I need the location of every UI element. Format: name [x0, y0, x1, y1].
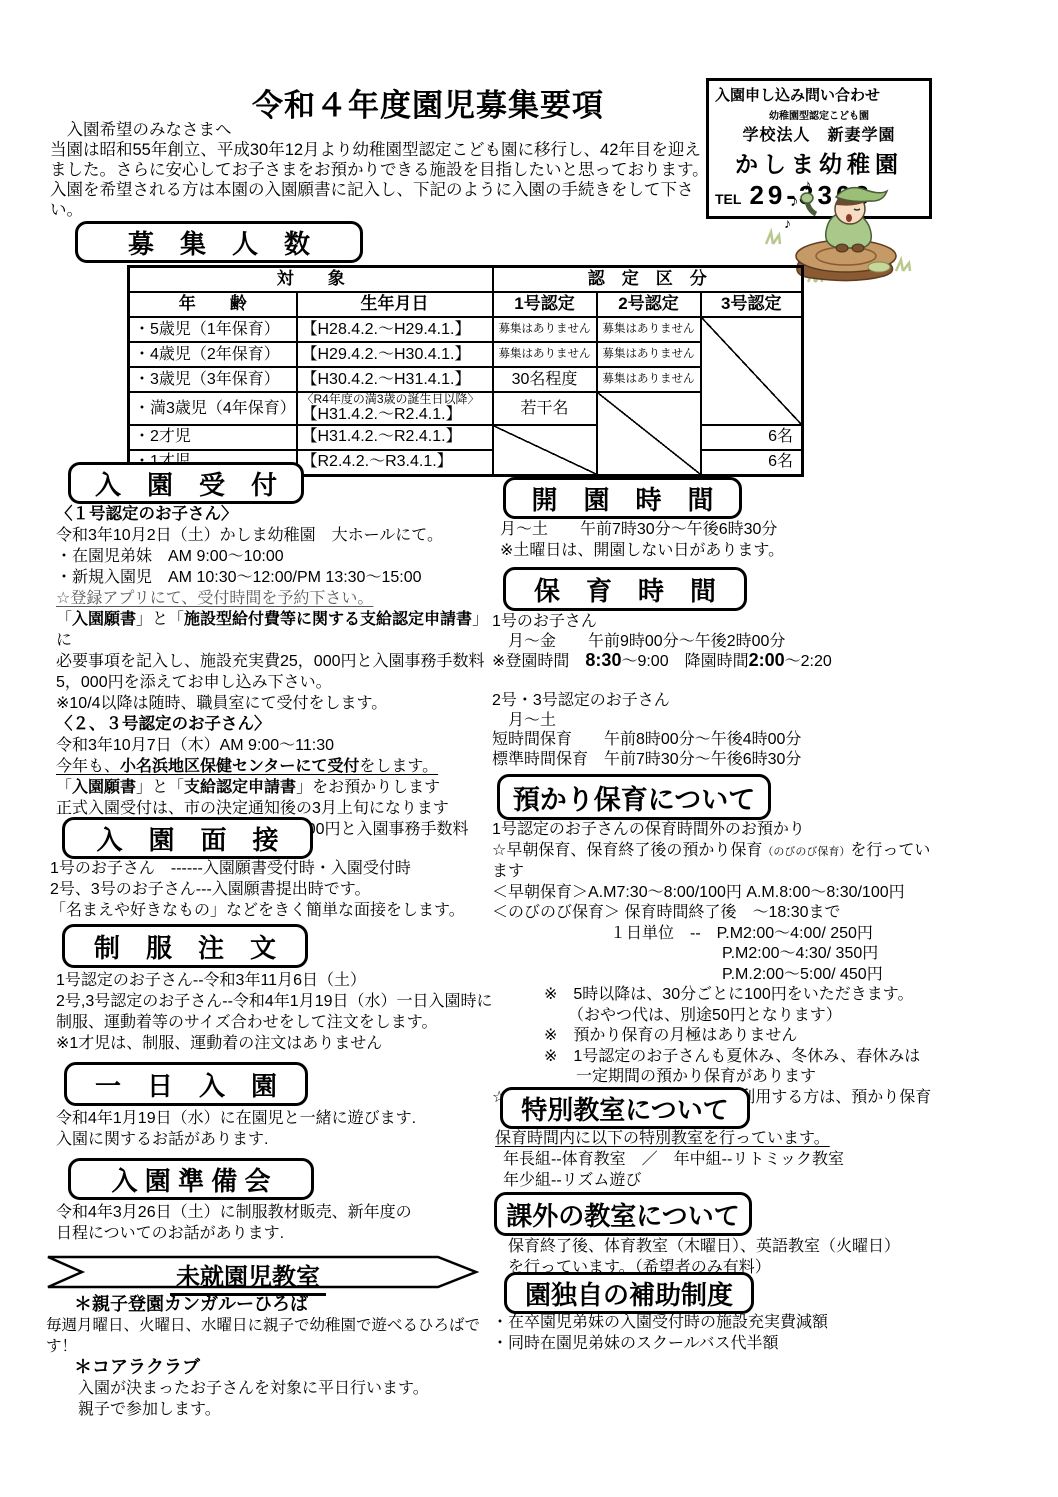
- kindergarten-name: かしま幼稚園: [715, 146, 923, 179]
- age-cell: ・満3歳児（4年保育）: [129, 392, 297, 425]
- type3-cell: 6名: [701, 450, 803, 476]
- section-heading-one-day-admission: 一 日 入 園: [64, 1062, 308, 1106]
- age-cell: ・2才児: [129, 425, 297, 450]
- section-heading-extended-care: 預かり保育について: [497, 774, 771, 820]
- document-name: 支給認定申請書: [184, 779, 296, 796]
- app-reservation-note: ☆登録アプリにて、受付時間を予約下さい。: [56, 588, 496, 609]
- section-heading-reception: 入 園 受 付: [68, 462, 304, 504]
- location-name: 小名浜地区保健センターにて受付: [120, 758, 359, 775]
- section-heading-extracurricular: 課外の教室について: [494, 1192, 752, 1236]
- text-segment: ～9:00 降園時間: [621, 653, 748, 670]
- age-cell: ・4歳児（2年保育）: [129, 342, 297, 367]
- type1-cell: 募集はありません: [493, 317, 597, 342]
- text-segment: 」と「: [136, 779, 184, 796]
- preparation-meeting-body: 令和4年3月26日（土）に制服教材販売、新年度の 日程についてのお話があります.: [56, 1202, 491, 1244]
- kangaroo-class-description: 毎週月曜日、火曜日、水曜日に親子で幼稚園で遊べるひろばです！: [46, 1315, 491, 1357]
- enrollment-guide-page: 令和４年度園児募集要項 入園申し込み問い合わせ 幼稚園型認定こども園 学校法人 …: [0, 0, 1058, 1497]
- section-heading-recruitment-numbers: 募 集 人 数: [75, 221, 363, 263]
- section-heading-preparation-meeting: 入 園 準 備 会: [68, 1158, 314, 1200]
- text-segment: ※登園時間: [492, 653, 585, 670]
- contact-box-subtitle: 幼稚園型認定こども園: [715, 107, 923, 122]
- type1-cell: 30名程度: [493, 367, 597, 392]
- age-cell: ・5歳児（1年保育）: [129, 317, 297, 342]
- interview-body: 1号のお子さん ------入園願書受付時・入園受付時 2号、3号のお子さん--…: [50, 858, 500, 921]
- page-title: 令和４年度園児募集要項: [252, 80, 604, 125]
- col-header-type1: 1号認定: [493, 292, 597, 317]
- col-header-age: 年 齢: [129, 292, 297, 317]
- text-segment: 」をお預かりします: [296, 779, 440, 796]
- document-name: 入園願書: [72, 611, 136, 628]
- type3-na-cell: [701, 317, 803, 425]
- opening-hours-body: 月～土 午前7時30分～午後6時30分 ※土曜日は、開園しない日があります。: [500, 519, 930, 561]
- type2-cell: 募集はありません: [597, 317, 701, 342]
- fees-note: 必要事項を記入し、施設充実費25，000円と入園事務手数料 5，000円を添えて…: [56, 651, 496, 714]
- subsidies-body: ・在卒園児弟妹の入園受付時の施設充実費減額 ・同時在園児弟妹のスクールバス代半額: [492, 1312, 937, 1354]
- birthdate-value: 【H31.4.2.～R2.4.1.】: [302, 406, 462, 423]
- type23-reception-date: 令和3年10月7日（木）AM 9:00～11:30: [56, 735, 496, 756]
- koala-club-title: ＊コアラクラブ: [74, 1357, 491, 1378]
- table-group-header-row: 対 象 認 定 区 分: [129, 267, 803, 293]
- special-classes-list: 年長組--体育教室 ／ 年中組--リトミック教室 年少組--リズム遊び: [503, 1149, 940, 1191]
- reception-location-note: 今年も、小名浜地区保健センターにて受付をします。: [56, 756, 496, 777]
- type3-cell: 6名: [701, 425, 803, 450]
- recruitment-table: 対 象 認 定 区 分 年 齢 生年月日 1号認定 2号認定 3号認定 ・5歳児…: [127, 265, 804, 477]
- birthdate-cell: 〈R4年度の満3歳の誕生日以降〉【H31.4.2.～R2.4.1.】: [297, 392, 493, 425]
- text-segment: 「: [56, 779, 72, 796]
- required-documents-line: 「入園願書」と「施設型給付費等に関する支給認定申請書」に: [56, 609, 496, 651]
- uniform-order-body: 1号認定のお子さん--令和3年11月6日（土） 2号,3号認定のお子さん--令和…: [56, 970, 506, 1054]
- type23-documents-line: 「入園願書」と「支給認定申請書」をお預かりします: [56, 777, 496, 798]
- daily-price-list: １日単位 -- P.M2:00～4:00/ 250円 P.M2:00～4:30/…: [610, 924, 944, 986]
- text-segment: をします。: [359, 758, 438, 775]
- text-segment: 「: [56, 611, 72, 628]
- section-heading-preschool-class: 未就園児教室: [170, 1257, 326, 1296]
- arrival-departure-note: ※登園時間 8:30～9:00 降園時間2:00～2:20: [492, 651, 937, 672]
- type2-na-cell: [597, 392, 701, 475]
- preschool-body: ＊親子登園カンガルーひろば 毎週月曜日、火曜日、水曜日に親子で幼稚園で遊べるひろ…: [46, 1294, 491, 1420]
- age-cell: ・3歳児（3年保育）: [129, 367, 297, 392]
- birthdate-cell: 【H31.4.2.～R2.4.1.】: [297, 425, 493, 450]
- intro-paragraph: 入園希望のみなさまへ 当園は昭和55年創立、平成30年12月より幼稚園型認定こど…: [50, 120, 720, 220]
- document-name: 施設型給付費等に関する支給認定申請書: [184, 611, 472, 628]
- type23-subsection-title: 〈２、３号認定のお子さん〉: [56, 714, 496, 735]
- table-row: ・2才児 【H31.4.2.～R2.4.1.】 6名: [129, 425, 803, 450]
- birthdate-cell: 【H30.4.2.～H31.4.1.】: [297, 367, 493, 392]
- col-header-type3: 3号認定: [701, 292, 803, 317]
- nobinobi-care-hours: ＜のびのび保育＞ 保育時間終了後 ～18:30まで: [492, 903, 944, 924]
- section-heading-subsidies: 園独自の補助制度: [504, 1272, 754, 1314]
- type1-reception-schedule: 令和3年10月2日（土）かしま幼稚園 大ホールにて。 ・在園児弟妹 AM 9:0…: [56, 525, 496, 588]
- child-mouth: [846, 214, 852, 222]
- table-row: ・5歳児（1年保育） 【H28.4.2.～H29.4.1.】 募集はありません …: [129, 317, 803, 342]
- music-note-icon: ♪: [790, 191, 799, 210]
- music-note-icon: ♪: [784, 215, 791, 231]
- type1-cell: 募集はありません: [493, 342, 597, 367]
- text-segment: 今年も、: [56, 758, 120, 775]
- departure-time: 2:00: [749, 650, 785, 670]
- section-heading-childcare-hours: 保 育 時 間: [503, 567, 747, 611]
- early-care-prices: ＜早朝保育＞A.M7:30～8:00/100円 A.M.8:00～8:30/10…: [492, 883, 944, 904]
- type2-cell: 募集はありません: [597, 367, 701, 392]
- col-header-type2: 2号認定: [597, 292, 701, 317]
- kangaroo-class-title: ＊親子登園カンガルーひろば: [74, 1294, 491, 1315]
- table-column-header-row: 年 齢 生年月日 1号認定 2号認定 3号認定: [129, 292, 803, 317]
- child-shoe: [836, 244, 848, 252]
- target-group-header: 対 象: [129, 267, 493, 293]
- child-hand: [801, 193, 813, 203]
- one-day-admission-body: 令和4年1月19日（水）に在園児と一緒に遊びます. 入園に関するお話があります.: [56, 1108, 491, 1150]
- type1-na-cell: [493, 425, 597, 476]
- section-heading-opening-hours: 開 園 時 間: [503, 477, 742, 519]
- col-header-birthdate: 生年月日: [297, 292, 493, 317]
- childcare-hours-body: 1号のお子さん 月～金 午前9時00分～午後2時00分 ※登園時間 8:30～9…: [492, 612, 937, 769]
- type2-cell: 募集はありません: [597, 342, 701, 367]
- extended-care-intro: 1号認定のお子さんの保育時間外のお預かり: [492, 820, 944, 841]
- extended-care-notes: ※ 5時以降は、30分ごとに100円をいただきます。 （おやつ代は、別途50円と…: [544, 985, 944, 1088]
- early-care-note: ☆早朝保育、保育終了後の預かり保育（のびのび保育）を行っています: [492, 841, 944, 883]
- type23-hours: 2号・3号認定のお子さん 月～土 短時間保育 午前8時00分～午後4時00分 標…: [492, 672, 937, 770]
- school-corporation-name: 学校法人 新妻学園: [715, 122, 923, 145]
- document-name: 入園願書: [72, 779, 136, 796]
- music-note-icon: ♪: [804, 178, 812, 194]
- contact-box-heading: 入園申し込み問い合わせ: [715, 84, 923, 105]
- type1-hours: 1号のお子さん 月～金 午前9時00分～午後2時00分: [492, 612, 937, 651]
- reception-body: 〈１号認定のお子さん〉 令和3年10月2日（土）かしま幼稚園 大ホールにて。 ・…: [56, 504, 496, 861]
- grass-tuft-icon: [896, 260, 910, 271]
- birthdate-cell: 【R2.4.2.～R3.4.1.】: [297, 450, 493, 476]
- section-heading-interview: 入 園 面 接: [62, 817, 313, 859]
- type1-cell: 若干名: [493, 392, 597, 425]
- birthdate-note: 〈R4年度の満3歳の誕生日以降〉: [302, 393, 488, 406]
- category-group-header: 認 定 区 分: [493, 267, 803, 293]
- special-classes-intro: 保育時間内に以下の特別教室を行っています。: [495, 1128, 940, 1149]
- section-heading-uniform-order: 制 服 注 文: [62, 924, 308, 968]
- koala-club-description: 入園が決まったお子さんを対象に平日行います。 親子で参加します。: [46, 1378, 491, 1420]
- birthdate-cell: 【H29.4.2.～H30.4.1.】: [297, 342, 493, 367]
- text-segment: ☆早朝保育、保育終了後の預かり保育: [492, 842, 762, 859]
- nobinobi-label: （のびのび保育）: [762, 846, 850, 858]
- child-hat: [836, 188, 887, 202]
- special-classes-body: 保育時間内に以下の特別教室を行っています。 年長組--体育教室 ／ 年中組--リ…: [495, 1128, 940, 1191]
- child-shoe: [852, 244, 864, 252]
- text-segment: ～2:20: [785, 653, 832, 670]
- grass-tuft-icon: [766, 232, 780, 244]
- birthdate-cell: 【H28.4.2.～H29.4.1.】: [297, 317, 493, 342]
- type1-subsection-title: 〈１号認定のお子さん〉: [56, 504, 496, 525]
- text-segment: 」と「: [136, 611, 184, 628]
- section-heading-special-classes: 特別教室について: [500, 1087, 750, 1129]
- leaf: [868, 262, 890, 272]
- arrival-time: 8:30: [585, 650, 621, 670]
- extended-care-body: 1号認定のお子さんの保育時間外のお預かり ☆早朝保育、保育終了後の預かり保育（の…: [492, 820, 944, 1129]
